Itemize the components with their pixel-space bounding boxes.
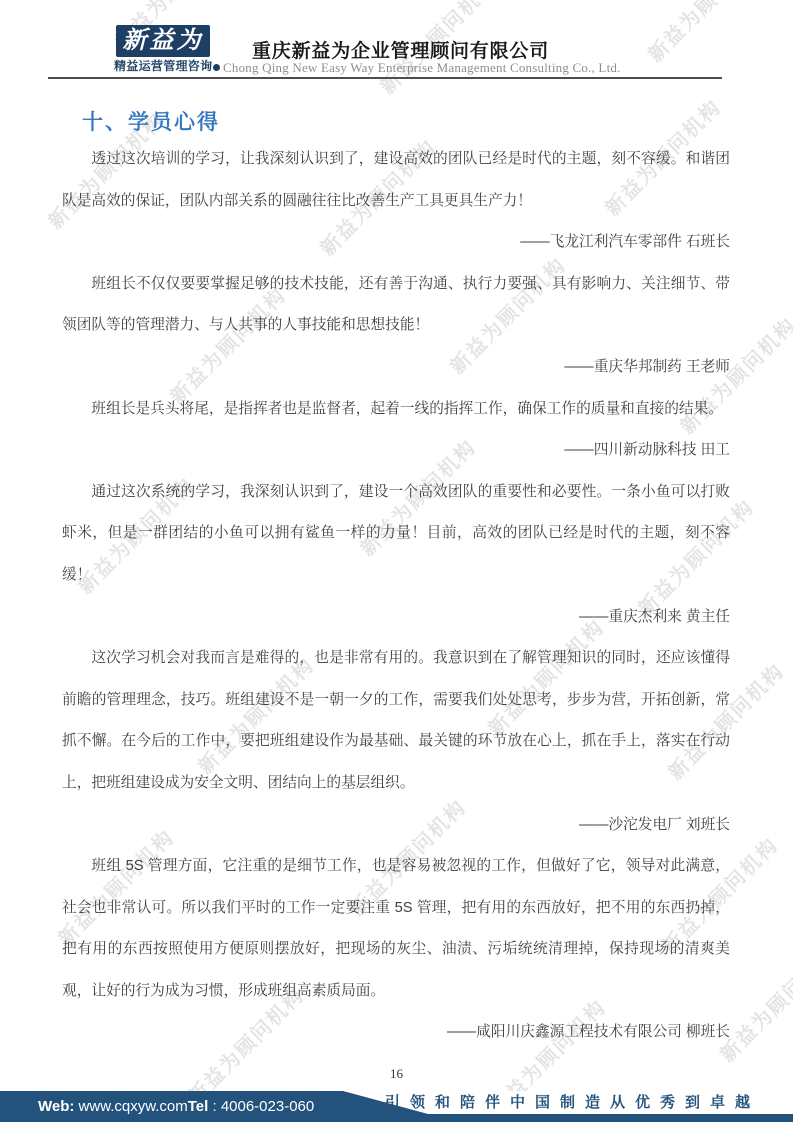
testimonial-text: 班组长不仅仅要要掌握足够的技术技能，还有善于沟通、执行力要强、具有影响力、关注细… [62,264,730,347]
company-name-english: Chong Qing New Easy Way Enterprise Manag… [223,60,621,76]
section-title: 十、学员心得 [82,106,220,136]
web-url: www.cqxyw.com [74,1098,187,1115]
logo-text: 新益为 [123,27,204,54]
testimonial-attribution: ——四川新动脉科技 田工 [62,430,730,472]
page-number: 16 [0,1066,793,1082]
testimonial-text: 这次学习机会对我而言是难得的，也是非常有用的。我意识到在了解管理知识的同时，还应… [62,638,730,804]
bullet-dot-icon [213,64,220,71]
testimonial-attribution: ——沙沱发电厂 刘班长 [62,805,730,847]
testimonial-attribution: ——飞龙江利汽车零部件 石班长 [62,222,730,264]
testimonial-item: 班组 5S 管理方面，它注重的是细节工作，也是容易被忽视的工作，但做好了它，领导… [62,846,730,1054]
document-page: 新益为顾问机构 新益为顾问机构 新益为顾问机构 新益为顾问机构 新益为顾问机构 … [0,0,793,1122]
testimonial-item: 这次学习机会对我而言是难得的，也是非常有用的。我意识到在了解管理知识的同时，还应… [62,638,730,846]
header-divider [48,77,722,79]
testimonial-item: 透过这次培训的学习，让我深刻认识到了，建设高效的团队已经是时代的主题，刻不容缓。… [62,139,730,264]
testimonial-text: 班组长是兵头将尾，是指挥者也是监督者，起着一线的指挥工作，确保工作的质量和直接的… [62,389,730,431]
testimonial-attribution: ——咸阳川庆鑫源工程技术有限公司 柳班长 [62,1012,730,1054]
testimonial-text: 通过这次系统的学习，我深刻认识到了，建设一个高效团队的重要性和必要性。一条小鱼可… [62,472,730,597]
testimonial-item: 通过这次系统的学习，我深刻认识到了，建设一个高效团队的重要性和必要性。一条小鱼可… [62,472,730,638]
logo-tagline: 精益运营管理咨询 [114,57,212,74]
testimonial-item: 班组长是兵头将尾，是指挥者也是监督者，起着一线的指挥工作，确保工作的质量和直接的… [62,389,730,472]
testimonial-attribution: ——重庆杰利来 黄主任 [62,597,730,639]
tel-number: : 4006-023-060 [208,1098,314,1115]
company-logo: 新益为 [116,25,210,57]
web-label: Web: [38,1098,74,1115]
testimonial-text: 班组 5S 管理方面，它注重的是细节工作，也是容易被忽视的工作，但做好了它，领导… [62,846,730,1012]
footer-slogan: 引领和陪伴中国制造从优秀到卓越 [385,1091,760,1114]
company-name-chinese: 重庆新益为企业管理顾问有限公司 [252,36,549,63]
testimonial-attribution: ——重庆华邦制药 王老师 [62,347,730,389]
testimonial-item: 班组长不仅仅要要掌握足够的技术技能，还有善于沟通、执行力要强、具有影响力、关注细… [62,264,730,389]
testimonial-text: 透过这次培训的学习，让我深刻认识到了，建设高效的团队已经是时代的主题，刻不容缓。… [62,139,730,222]
testimonial-list: 透过这次培训的学习，让我深刻认识到了，建设高效的团队已经是时代的主题，刻不容缓。… [62,139,730,1054]
footer-contact: Web: www.cqxyw.comTel : 4006-023-060 [38,1091,314,1122]
tel-label: Tel [188,1098,209,1115]
